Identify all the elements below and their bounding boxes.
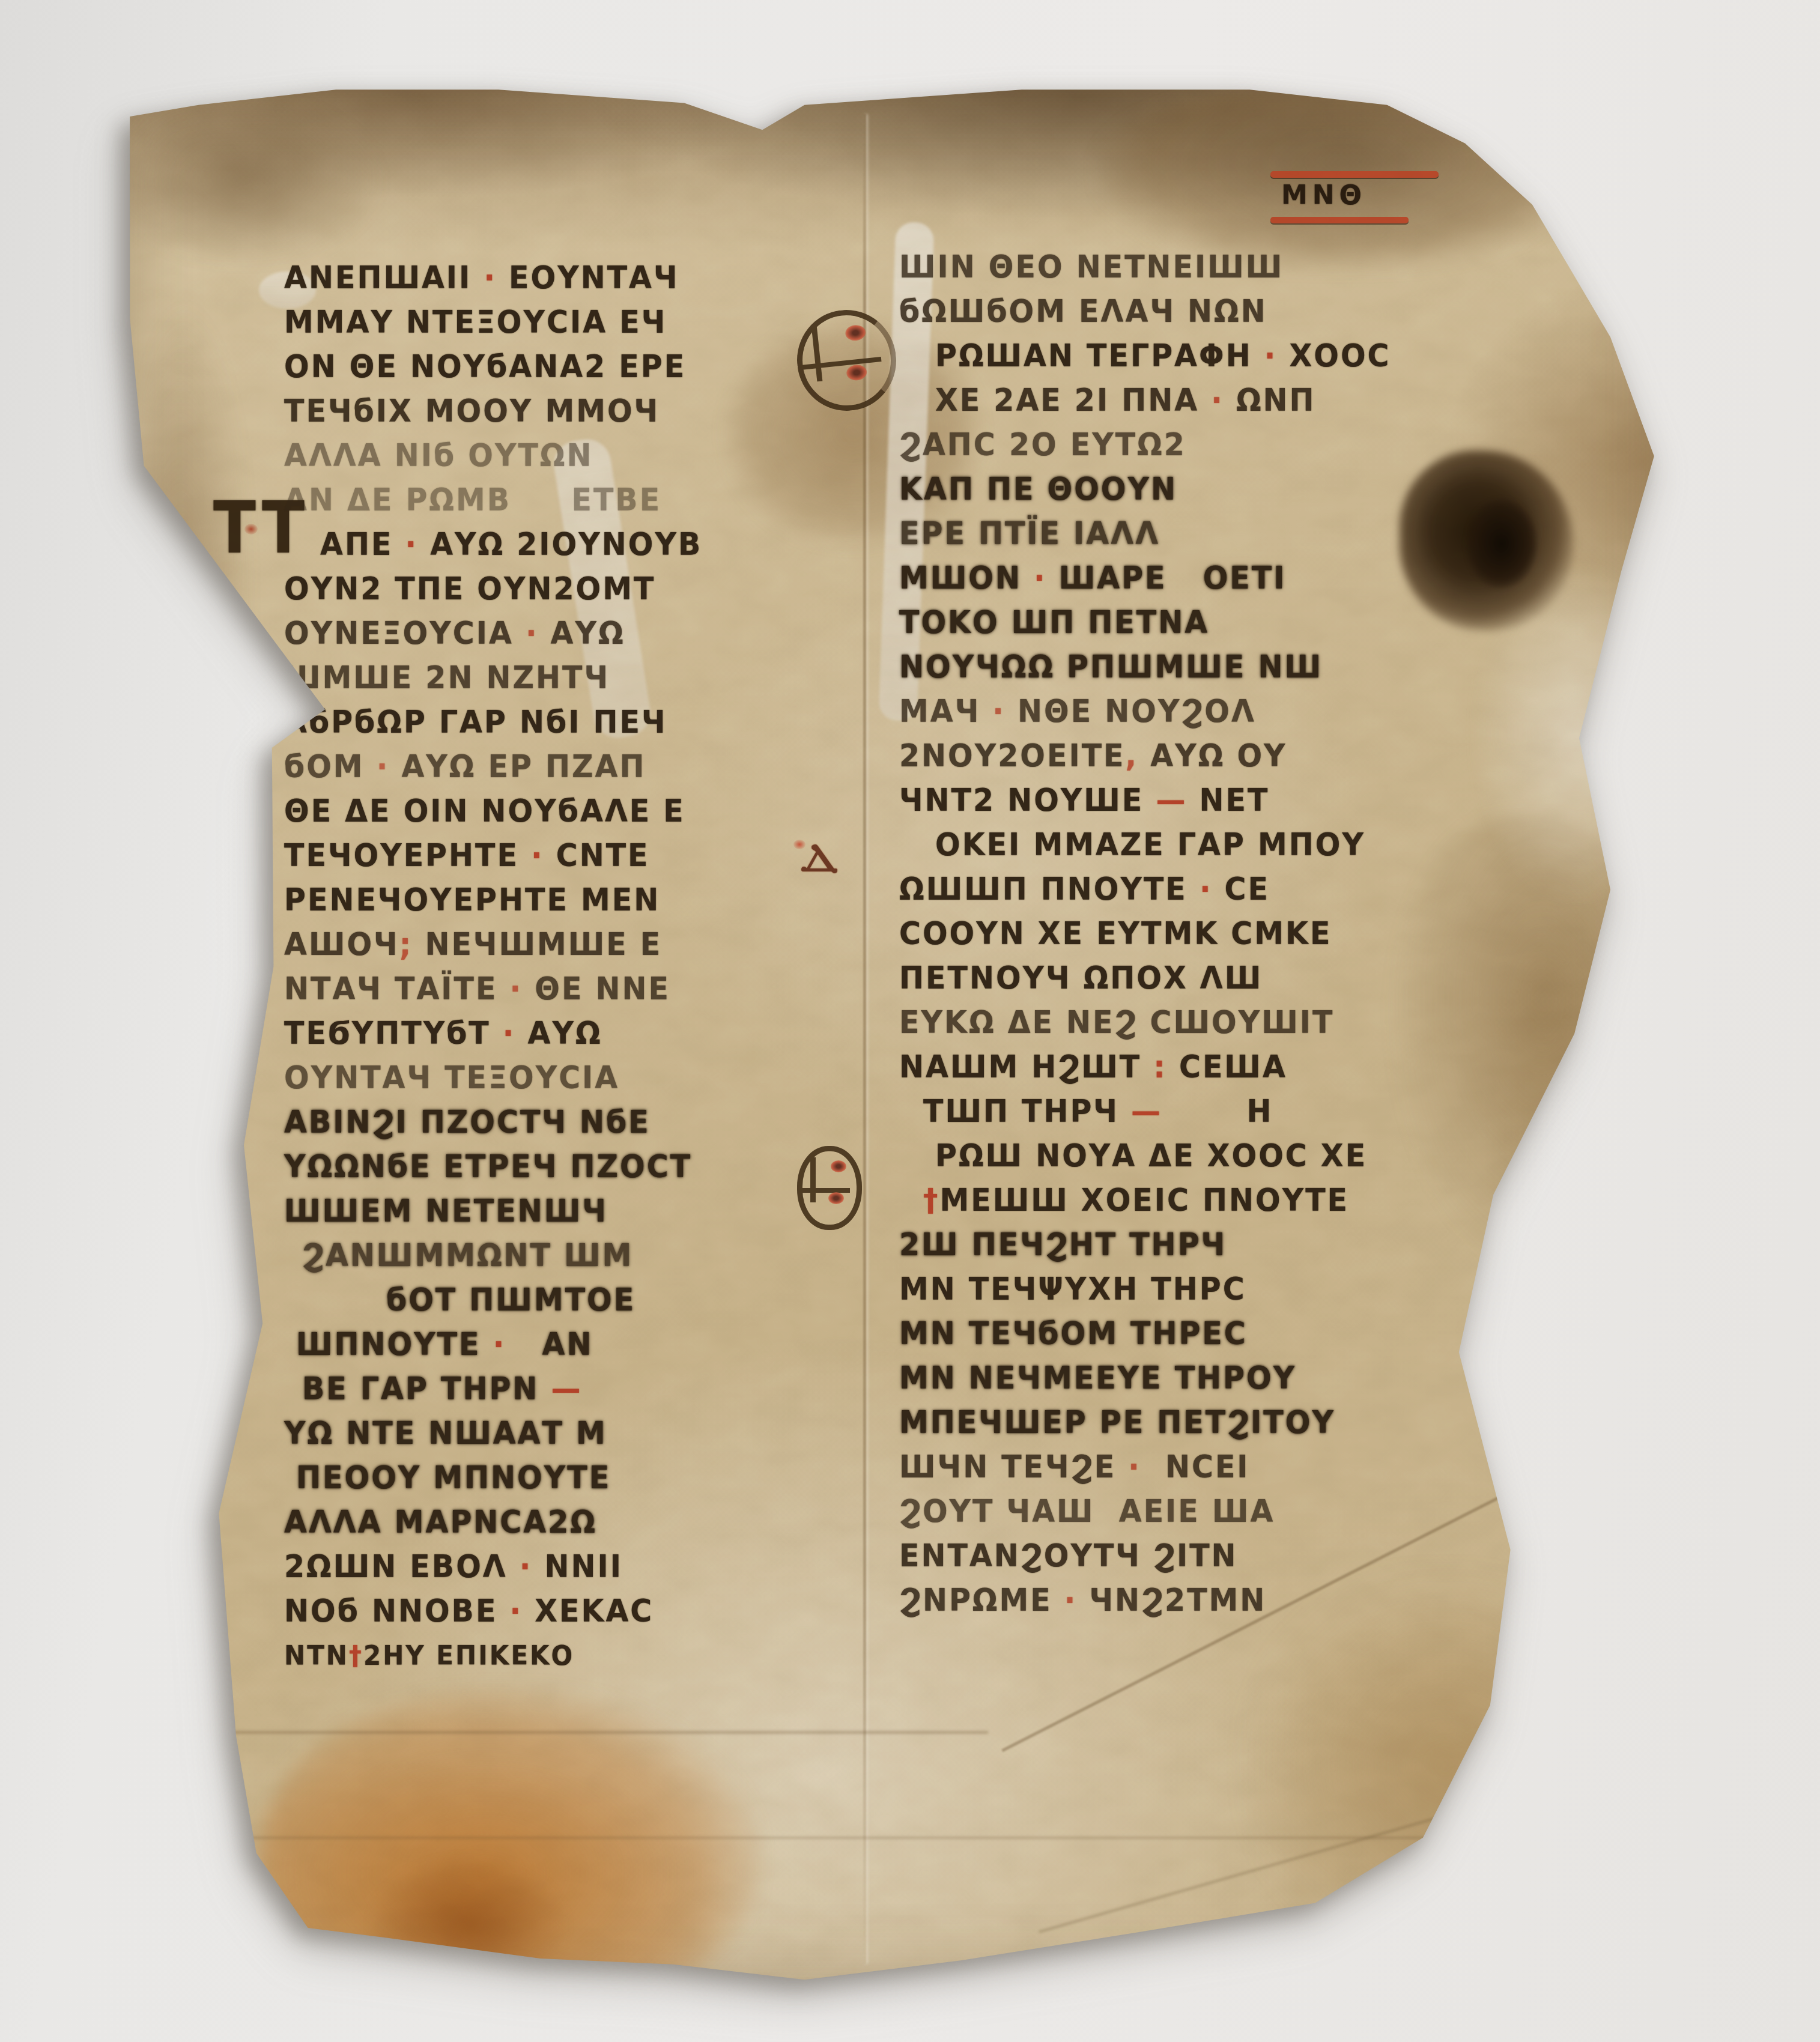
initial-crossbar (800, 357, 881, 370)
red-margin-dot (244, 524, 258, 535)
text-line: ΕΝΤΑΝϨΟΥΤЧ ϨΙΤΝ (899, 1533, 1391, 1580)
text-line: ΚΑΠ ΠΕ ΘΟΟΥΝ (899, 467, 1391, 513)
initial-crossbar (800, 1188, 850, 1193)
text-line: ϨΑΝШΜΜΩΝΤ ШΜ (302, 1233, 702, 1279)
rubric-rule-bottom (1270, 217, 1409, 223)
worn-pale-patch (1475, 565, 1679, 901)
text-line: ΒΕ ΓΑΡ ΤΗΡΝ — (302, 1366, 702, 1413)
rubric-mark: · (1064, 1583, 1078, 1618)
rubric-mark: · (493, 1327, 506, 1362)
rubric-mark: · (526, 616, 539, 651)
text-line: ΜΝ ΝΕЧΜΕΕΥΕ ΤΗΡΟΥ (899, 1356, 1391, 1402)
stain-orange-core (369, 1856, 568, 1994)
rubric-mark: · (1034, 560, 1047, 596)
stain-bottom-left-orange (261, 1688, 760, 2024)
decorated-initial-e-2 (797, 1146, 862, 1230)
text-line: 2ΝΟΥ2ΟΕΙΤΕ, ΑΥΩ ΟΥ (899, 733, 1391, 780)
text-line: ΡΩШΑΝ ΤΕΓΡΑΦΗ · ΧΟΟC (935, 333, 1391, 380)
text-line: ΠΕΤΝΟΥЧ ΩΠΟΧ ΛШ (899, 956, 1391, 1002)
rubric-mark: · (531, 838, 544, 873)
text-line: ΥΩ ΝΤΕ ΝШΑΑΤ Μ (284, 1411, 702, 1457)
text-line: ΤΕЧбΙΧ ΜΟΟΥ ΜΜΟЧ (284, 389, 702, 435)
text-line: ΥΩΩΝбΕ ΕΤΡΕЧ ΠΖΟCΤ (284, 1144, 702, 1190)
stain-top-left (105, 96, 381, 264)
text-line: ΟΥΝΕΞΟΥCΙΑ · ΑΥΩ (284, 611, 702, 657)
text-line: ΟΝ ΘΕ ΝΟΥбΑΝΑ2 ΕΡΕ (284, 344, 702, 390)
diagonal-crease-2 (1039, 1805, 1478, 1933)
text-line: ΝΤΝ†2ΗΥ ΕΠΙΚΕΚΟ (284, 1633, 702, 1679)
ink-blot-stain (1400, 450, 1574, 631)
red-ornament-dot (846, 364, 868, 381)
rubric-mark: · (1200, 871, 1213, 907)
text-line: ΩШШΠ ΠΝΟΥΤΕ · CΕ (899, 867, 1391, 913)
text-line: ΜΑЧ · ΝΘΕ ΝΟΥϨΟΛ (899, 689, 1391, 735)
text-line: CΟΟΥΝ ΧΕ ΕΥΤΜΚ CΜΚΕ (899, 911, 1391, 957)
text-column-left: ΑΝΕΠШΑΙΙ · ΕΟΥΝΤΑЧΜΜΑΥ ΝΤΕΞΟΥCΙΑ ΕЧΟΝ ΘΕ… (284, 256, 702, 1678)
text-line: ΑΛΛΑ ΝΙб ΟΥΤΩΝ (284, 433, 702, 479)
folio-number-block: ΜΝΘ (1270, 171, 1487, 223)
rubric-mark: · (1264, 338, 1278, 374)
text-line: ШЧΝ ΤΕЧϨΕ · ΝCΕΙ (899, 1444, 1391, 1491)
text-line: ΟΥΝΤΑЧ ΤΕΞΟΥCΙΑ (284, 1055, 702, 1101)
rubric-mark: — (1131, 1094, 1162, 1129)
manuscript-shadow-wrap: ΜΝΘ Ⲇ ΤΤ ΑΝΕΠШΑΙΙ · ΕΟΥΝΤΑЧΜΜΑΥ ΝΤΕΞΟΥCΙ… (111, 78, 1673, 1997)
text-line: ЧΝΤ2 ΝΟΥШΕ — ΝΕΤ (899, 778, 1391, 824)
ink-blot-core (1466, 498, 1538, 589)
text-line: ΑΛΛΑ ΜΑΡΝCΑ2Ω (284, 1500, 702, 1546)
text-line: ΜΝ ΤΕЧΨΥΧΗ ΤΗΡC (899, 1267, 1391, 1313)
rubric-mark: : (1153, 1049, 1167, 1085)
initial-letter: Ⲇ (801, 836, 838, 880)
red-ornament-dot (793, 840, 805, 849)
stain-bottom-right (1240, 1568, 1649, 1964)
rubric-mark: · (484, 260, 497, 295)
text-line: ШΙΝ ΘΕΟ ΝΕΤΝΕΙШШ (899, 244, 1391, 291)
decorated-initial-delta: Ⲇ (801, 836, 838, 880)
text-line: ΑΝ ΔΕ ΡΩΜΒ ΕΤΒΕ (284, 477, 702, 524)
text-line: ΧΕ 2ΑΕ 2Ι ΠΝΑ · ΩΝΠ (935, 378, 1391, 424)
red-ornament-dot (828, 1192, 844, 1204)
photo-backdrop: { "theme":{ "background_gray":"#e9e8e6",… (0, 0, 1820, 2042)
rubric-mark: · (520, 1549, 533, 1584)
rubric-mark: · (510, 1593, 523, 1629)
rubric-mark: — (551, 1371, 582, 1407)
text-line: ΝΟΥЧΩΩ ΡΠШΜШΕ ΝШ (899, 644, 1391, 691)
text-line: ΑбΡбΩΡ ΓΑΡ ΝбΙ ΠΕЧ (284, 700, 702, 746)
text-line: ΤШΠ ΤΗΡЧ — Η (923, 1089, 1391, 1135)
stain-right-middle (1391, 817, 1667, 1273)
text-line: ΤΕϬΥΠΤΥбΤ · ΑΥΩ (284, 1011, 702, 1057)
text-line: ΡΩШ ΝΟΥΑ ΔΕ ΧΟΟC ΧΕ (935, 1133, 1391, 1180)
rubric-mark: † (923, 1183, 940, 1218)
rubric-mark: ; (399, 927, 413, 962)
text-line: ШШΕΜ ΝΕΤΕΝШЧ (284, 1189, 702, 1235)
parchment-fragment: ΜΝΘ Ⲇ ΤΤ ΑΝΕΠШΑΙΙ · ΕΟΥΝΤΑЧΜΜΑΥ ΝΤΕΞΟΥCΙ… (111, 78, 1673, 1997)
rubric-mark: · (503, 1016, 516, 1051)
rubric-mark: · (510, 971, 523, 1007)
initial-stem (810, 1157, 816, 1203)
rubric-mark: · (1128, 1449, 1141, 1485)
text-line: ΡΕΝΕЧΟΥΕΡΗΤΕ ΜΕΝ (284, 877, 702, 924)
text-line: ΜΜΑΥ ΝΤΕΞΟΥCΙΑ ΕЧ (284, 300, 702, 346)
text-line: ϨΟΥΤ ЧΑШ ΑΕΙΕ ШΑ (899, 1489, 1391, 1535)
text-line: ΝΤΑЧ ΤΑΪΤΕ · ΘΕ ΝΝΕ (284, 966, 702, 1013)
text-line: ΤΕЧΟΥΕΡΗΤΕ · CΝΤΕ (284, 833, 702, 879)
decorated-initial-e-1 (792, 305, 902, 416)
text-line: ΠΕΟΟΥ ΜΠΝΟΥΤΕ (296, 1455, 702, 1501)
red-ornament-dot (831, 1160, 846, 1172)
text-line: ΤΟΚΟ ШΠ ΠΕΤΝΑ (899, 600, 1391, 646)
horizontal-crease-2 (243, 1837, 1493, 1839)
initial-stem (811, 326, 822, 381)
folio-number: ΜΝΘ (1270, 178, 1487, 212)
rubric-mark: — (1156, 783, 1187, 818)
red-ornament-dot (845, 324, 867, 341)
text-line: бΟΤ ΠШΜΤΟΕ (386, 1277, 702, 1324)
text-line: бΟΜ · ΑΥΩ ΕΡ ΠΖΑΠ (284, 744, 702, 790)
rubric-mark: † (349, 1640, 363, 1671)
text-line: ΜΝ ΤΕЧбΟΜ ΤΗΡΕC (899, 1311, 1391, 1357)
rubric-mark: , (1126, 738, 1139, 774)
stain-left-edge (135, 306, 249, 895)
text-line: ШΠΝΟΥΤΕ · ΑΝ (296, 1322, 702, 1368)
text-line: †ΜΕШШ ΧΟΕΙC ΠΝΟΥΤΕ (923, 1178, 1391, 1224)
text-line: 2Ш ΠΕЧϨΗΤ ΤΗΡЧ (899, 1222, 1391, 1268)
text-line: ΑΠΕ · ΑΥΩ 2ΙΟΥΝΟΥΒ (320, 522, 702, 568)
rubric-mark: · (377, 749, 390, 784)
rubric-mark: · (405, 527, 418, 562)
text-line: ϨΝΡΩΜΕ · ЧΝϨ2ΤΜΝ (899, 1578, 1391, 1624)
text-line: ΟΚΕΙ ΜΜΑΖΕ ΓΑΡ ΜΠΟΥ (935, 822, 1391, 868)
text-column-right: ШΙΝ ΘΕΟ ΝΕΤΝΕΙШШбΩШбΟΜ ΕΛΑЧ ΝΩΝΡΩШΑΝ ΤΕΓ… (899, 245, 1391, 1623)
text-line: ΜШΟΝ · ШΑΡΕ ΟΕΤΙ (899, 556, 1391, 602)
text-line: ΑΝΕΠШΑΙΙ · ΕΟΥΝΤΑЧ (284, 255, 702, 301)
rubric-mark: · (992, 694, 1006, 729)
text-line: ϨΑΠС 2Ο ΕΥΤΩ2 (899, 422, 1391, 468)
text-line: ΝΟб ΝΝΟΒΕ · ΧΕΚΑC (284, 1589, 702, 1635)
text-line: бΩШбΟΜ ΕΛΑЧ ΝΩΝ (899, 289, 1391, 335)
text-line: ΝΑШΜ ΗϨШΤ : CΕШΑ (899, 1044, 1391, 1091)
rubric-rule-top (1270, 171, 1439, 178)
text-line: 2ΩШΝ ΕΒΟΛ · ΝΝΙΙ (284, 1544, 702, 1590)
text-line: ΜΠΕЧШΕΡ ΡΕ ΠΕΤϨΙΤΟΥ (899, 1400, 1391, 1446)
text-line: ШΜШΕ 2Ν ΝΖΗΤЧ (284, 655, 702, 701)
text-line: ΕΡΕ ΠΤΪΕ ΙΑΛΛ (899, 511, 1391, 557)
horizontal-crease-1 (225, 1731, 988, 1734)
text-line: ΑΒΙΝϨΙ ΠΖΟCΤЧ ΝбΕ (284, 1100, 702, 1146)
text-line: ΕΥΚΩ ΔΕ ΝΕϨ CШΟΥШΙΤ (899, 1000, 1391, 1046)
text-line: ΑШΟЧ; ΝΕЧШΜШΕ Ε (284, 922, 702, 968)
rubric-mark: · (1211, 383, 1224, 418)
text-line: ΟΥΝ2 ΤΠΕ ΟΥΝ2ΟΜΤ (284, 566, 702, 613)
text-line: ΘΕ ΔΕ ΟΙΝ ΝΟΥбΑΛΕ Ε (284, 789, 702, 835)
